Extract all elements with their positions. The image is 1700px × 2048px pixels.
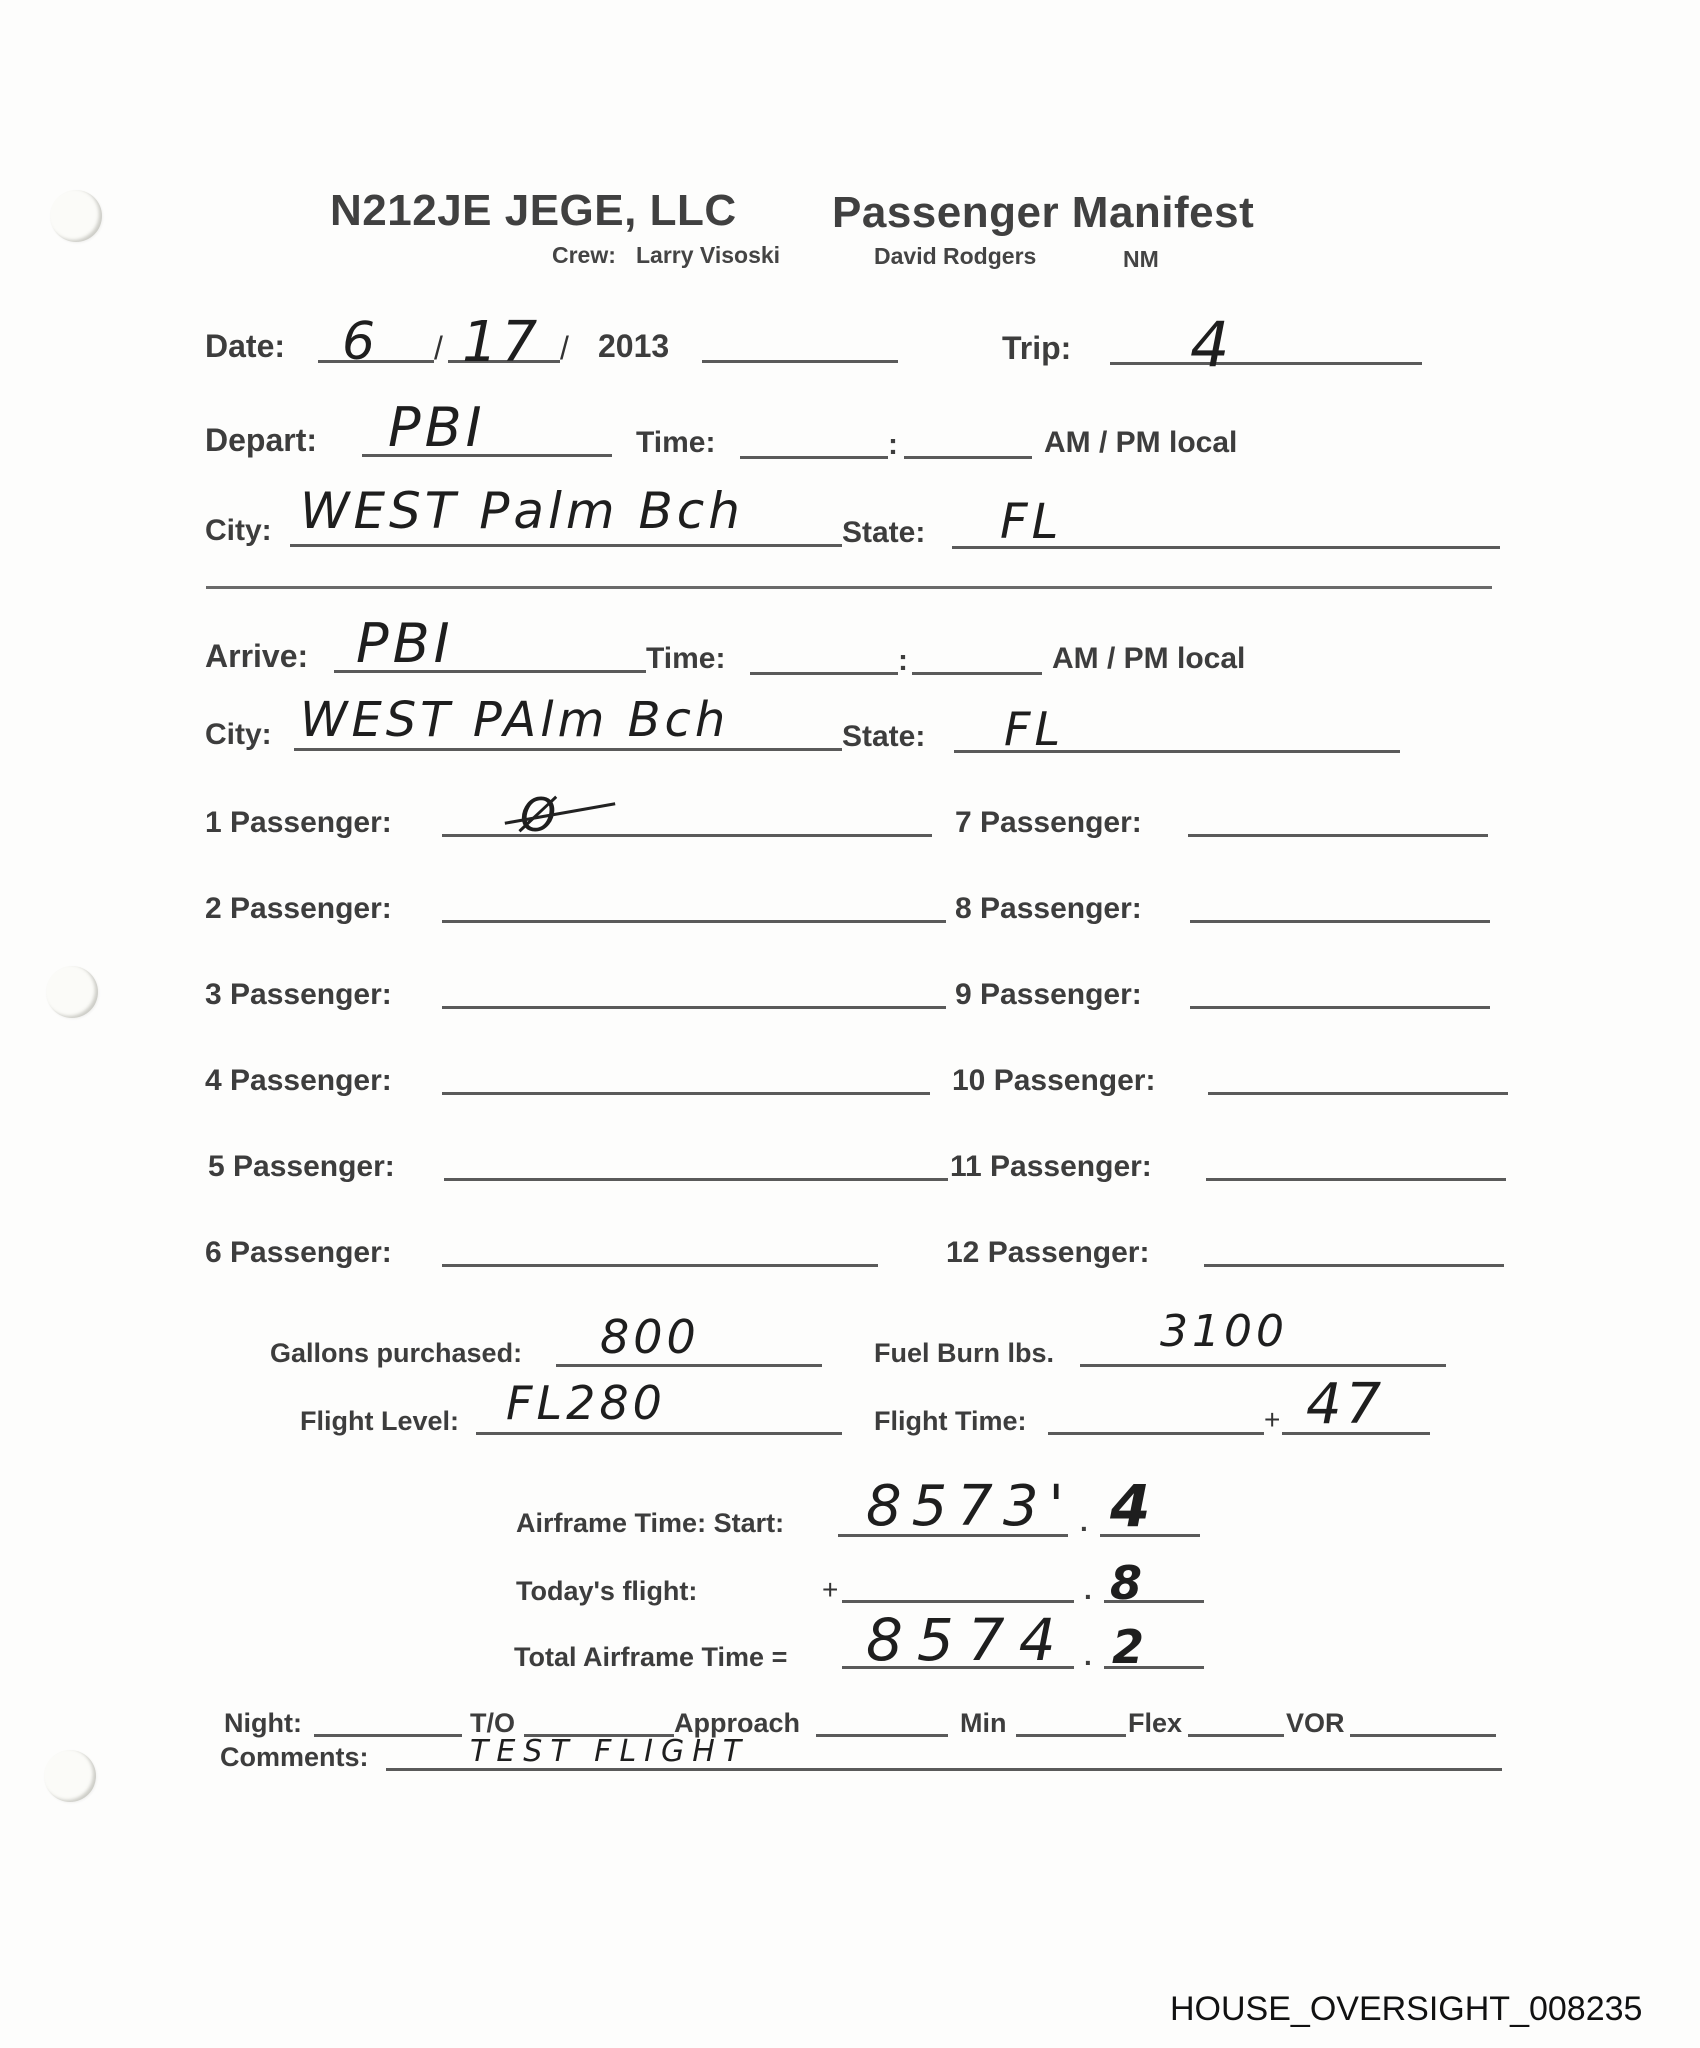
bates-number: HOUSE_OVERSIGHT_008235 [1170,1990,1642,2029]
fuel-burn-label: Fuel Burn lbs. [874,1338,1054,1369]
document-title: Passenger Manifest [832,188,1254,238]
date-month-value[interactable]: 6 [342,312,379,372]
passenger-11-label: 11 Passenger: [950,1150,1152,1184]
airframe-start-dot: . [1080,1506,1088,1538]
night-label: Night: [224,1708,302,1739]
flight-level-label: Flight Level: [300,1406,459,1437]
flight-level-value[interactable]: FL280 [506,1376,666,1430]
date-label: Date: [205,328,285,365]
date-year-line [702,360,898,363]
passenger-6-line [442,1264,878,1267]
flex-line [1188,1734,1284,1737]
fuel-burn-value[interactable]: 3100 [1160,1306,1288,1357]
arrive-city-label: City: [205,718,272,752]
arrive-city-value[interactable]: WEST PAlm Bch [300,692,729,748]
min-line [1016,1734,1126,1737]
flex-label: Flex [1128,1708,1182,1739]
date-day-value[interactable]: 17 [462,310,541,375]
passenger-4-line [442,1092,930,1095]
total-airframe-whole-value[interactable]: 8574 [866,1606,1070,1674]
crew-member-2: David Rodgers [874,243,1036,270]
arrive-state-value[interactable]: FL [1004,702,1064,756]
passenger-6-label: 6 Passenger: [205,1236,392,1270]
arrive-city-line [294,748,842,751]
passenger-11-line [1206,1178,1506,1181]
passenger-10-line [1208,1092,1508,1095]
arrive-time-min-line [912,672,1042,675]
passenger-3-label: 3 Passenger: [205,978,392,1012]
arrive-label: Arrive: [205,638,308,675]
total-airframe-tenth-value[interactable]: 2 [1112,1620,1148,1674]
trip-line [1110,362,1422,365]
depart-time-colon: : [888,428,898,462]
depart-label: Depart: [205,422,317,459]
comments-label: Comments: [220,1742,369,1773]
night-line [314,1734,462,1737]
section-divider [206,586,1492,589]
gallons-line [556,1364,822,1367]
passenger-5-label: 5 Passenger: [208,1150,395,1184]
passenger-4-label: 4 Passenger: [205,1064,392,1098]
arrive-value[interactable]: PBI [356,612,454,675]
fuel-burn-line [1080,1364,1446,1367]
depart-time-hour-line [740,456,888,459]
gallons-value[interactable]: 800 [600,1310,700,1364]
flight-level-line [476,1432,842,1435]
todays-flight-tenth-value[interactable]: 8 [1110,1556,1146,1610]
depart-city-line [290,544,842,547]
comments-value[interactable]: TEST FLIGHT [470,1734,749,1769]
arrive-time-hour-line [750,672,898,675]
date-separator-2: / [560,330,569,367]
date-separator-1: / [434,330,443,367]
todays-flight-dot: . [1084,1574,1092,1606]
total-airframe-label: Total Airframe Time = [514,1642,787,1673]
date-year: 2013 [598,328,669,365]
min-label: Min [960,1708,1007,1739]
crew-label: Crew: [552,242,616,269]
gallons-label: Gallons purchased: [270,1338,522,1369]
approach-line [816,1734,948,1737]
trip-label: Trip: [1002,330,1071,367]
total-airframe-dot: . [1084,1640,1092,1672]
airframe-start-label: Airframe Time: Start: [516,1508,784,1539]
depart-city-label: City: [205,514,272,548]
passenger-12-line [1204,1264,1504,1267]
vor-label: VOR [1286,1708,1345,1739]
hole-punch-middle [46,966,98,1018]
passenger-10-label: 10 Passenger: [952,1064,1155,1098]
todays-flight-plus: + [822,1574,838,1606]
depart-time-min-line [904,456,1032,459]
passenger-5-line [444,1178,948,1181]
depart-time-label: Time: [636,426,715,460]
depart-state-label: State: [842,516,925,550]
vor-line [1350,1734,1496,1737]
trip-value[interactable]: 4 [1190,308,1233,381]
passenger-1-label: 1 Passenger: [205,806,392,840]
todays-flight-whole-line [842,1600,1074,1603]
arrive-time-label: Time: [646,642,725,676]
passenger-8-line [1190,920,1490,923]
hole-punch-top [50,190,102,242]
hole-punch-bottom [44,1750,96,1802]
todays-flight-label: Today's flight: [516,1576,697,1607]
passenger-3-line [442,1006,946,1009]
airframe-start-whole-value[interactable]: 8573' [866,1474,1074,1539]
flight-time-plus: + [1264,1404,1280,1436]
arrive-ampm: AM / PM local [1052,642,1245,676]
depart-value[interactable]: PBI [388,396,486,459]
crew-member-3: NM [1123,246,1159,273]
flight-time-label: Flight Time: [874,1406,1027,1437]
crew-member-1: Larry Visoski [636,242,780,269]
passenger-9-label: 9 Passenger: [955,978,1142,1012]
passenger-12-label: 12 Passenger: [946,1236,1149,1270]
depart-state-value[interactable]: FL [1000,494,1062,550]
passenger-2-line [442,920,946,923]
passenger-7-label: 7 Passenger: [955,806,1142,840]
arrive-time-colon: : [898,644,908,678]
passenger-1-line [442,834,932,837]
depart-ampm: AM / PM local [1044,426,1237,460]
passenger-9-line [1190,1006,1490,1009]
flight-time-minutes-value[interactable]: 47 [1306,1372,1385,1437]
passenger-7-line [1188,834,1488,837]
document-title-company: N212JE JEGE, LLC [330,186,737,236]
airframe-start-tenth-value[interactable]: 4 [1110,1472,1154,1540]
arrive-state-label: State: [842,720,925,754]
depart-city-value[interactable]: WEST Palm Bch [300,482,744,540]
passenger-8-label: 8 Passenger: [955,892,1142,926]
passenger-2-label: 2 Passenger: [205,892,392,926]
flight-time-hours-line [1048,1432,1264,1435]
